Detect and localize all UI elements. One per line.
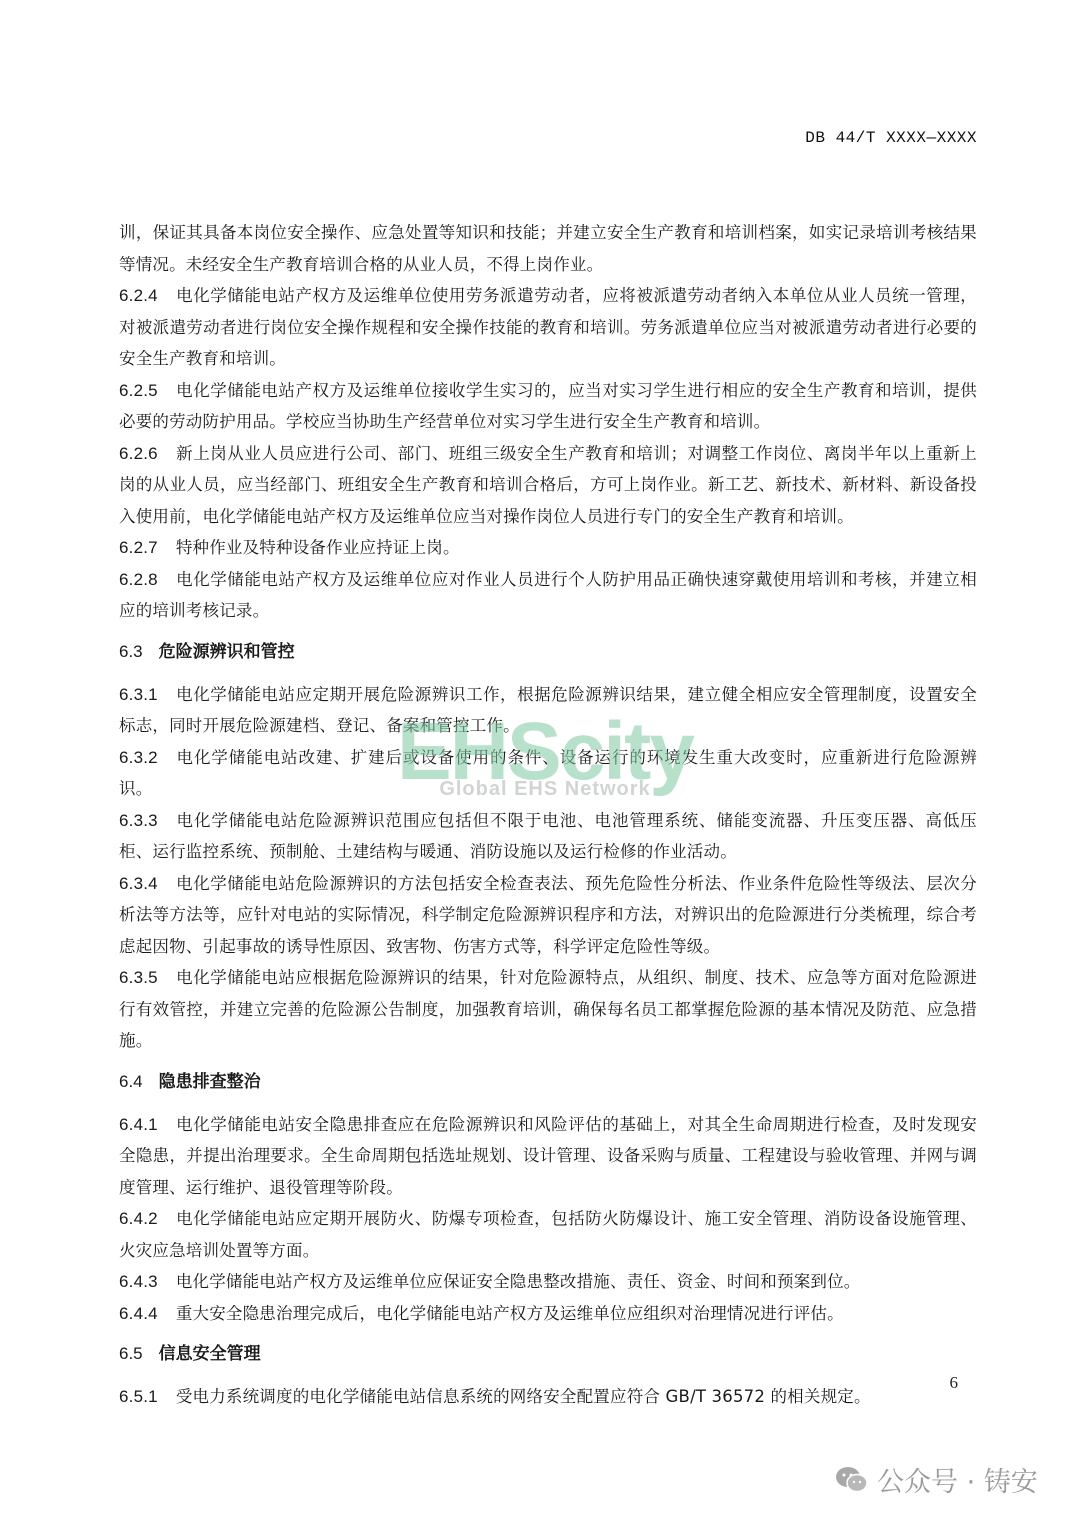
clause-6-4-1: 6.4.1电化学储能电站安全隐患排查应在危险源辨识和风险评估的基础上，对其全生命… (119, 1109, 977, 1204)
clause-6-2-4: 6.2.4电化学储能电站产权方及运维单位使用劳务派遣劳动者，应将被派遣劳动者纳入… (119, 280, 977, 375)
section-heading-6-3: 6.3危险源辨识和管控 (119, 637, 977, 667)
clause-6-4-3: 6.4.3电化学储能电站产权方及运维单位应保证安全隐患整改措施、责任、资金、时间… (119, 1266, 977, 1298)
clause-continuation: 训，保证其具备本岗位安全操作、应急处置等知识和技能；并建立安全生产教育和培训档案… (119, 217, 977, 280)
standard-code: DB 44/T XXXX—XXXX (805, 129, 977, 147)
clause-6-3-4: 6.3.4电化学储能电站危险源辨识的方法包括安全检查表法、预先危险性分析法、作业… (119, 868, 977, 963)
wechat-account-tag[interactable]: 公众号 · 铸安 (835, 1460, 1038, 1499)
clause-6-3-1: 6.3.1电化学储能电站应定期开展危险源辨识工作，根据危险源辨识结果，建立健全相… (119, 679, 977, 742)
clause-6-4-2: 6.4.2电化学储能电站应定期开展防火、防爆专项检查，包括防火防爆设计、施工安全… (119, 1203, 977, 1266)
section-heading-6-5: 6.5信息安全管理 (119, 1339, 977, 1369)
document-body: 训，保证其具备本岗位安全操作、应急处置等知识和技能；并建立安全生产教育和培训档案… (119, 217, 977, 1413)
wechat-icon (835, 1465, 869, 1495)
clause-6-3-2: 6.3.2电化学储能电站改建、扩建后或设备使用的条件、设备运行的环境发生重大改变… (119, 742, 977, 805)
clause-6-2-7: 6.2.7特种作业及特种设备作业应持证上岗。 (119, 532, 977, 564)
page-number: 6 (950, 1373, 959, 1393)
wechat-account-label: 公众号 · 铸安 (877, 1460, 1038, 1499)
clause-6-4-4: 6.4.4重大安全隐患治理完成后，电化学储能电站产权方及运维单位应组织对治理情况… (119, 1298, 977, 1330)
clause-6-3-5: 6.3.5电化学储能电站应根据危险源辨识的结果，针对危险源特点，从组织、制度、技… (119, 962, 977, 1057)
clause-6-2-5: 6.2.5电化学储能电站产权方及运维单位接收学生实习的，应当对实习学生进行相应的… (119, 375, 977, 438)
clause-6-5-1: 6.5.1受电力系统调度的电化学储能电站信息系统的网络安全配置应符合 GB/T … (119, 1381, 977, 1413)
clause-6-2-8: 6.2.8电化学储能电站产权方及运维单位应对作业人员进行个人防护用品正确快速穿戴… (119, 564, 977, 627)
clause-6-3-3: 6.3.3电化学储能电站危险源辨识范围应包括但不限于电池、电池管理系统、储能变流… (119, 805, 977, 868)
section-heading-6-4: 6.4隐患排查整治 (119, 1067, 977, 1097)
clause-6-2-6: 6.2.6新上岗从业人员应进行公司、部门、班组三级安全生产教育和培训；对调整工作… (119, 438, 977, 533)
